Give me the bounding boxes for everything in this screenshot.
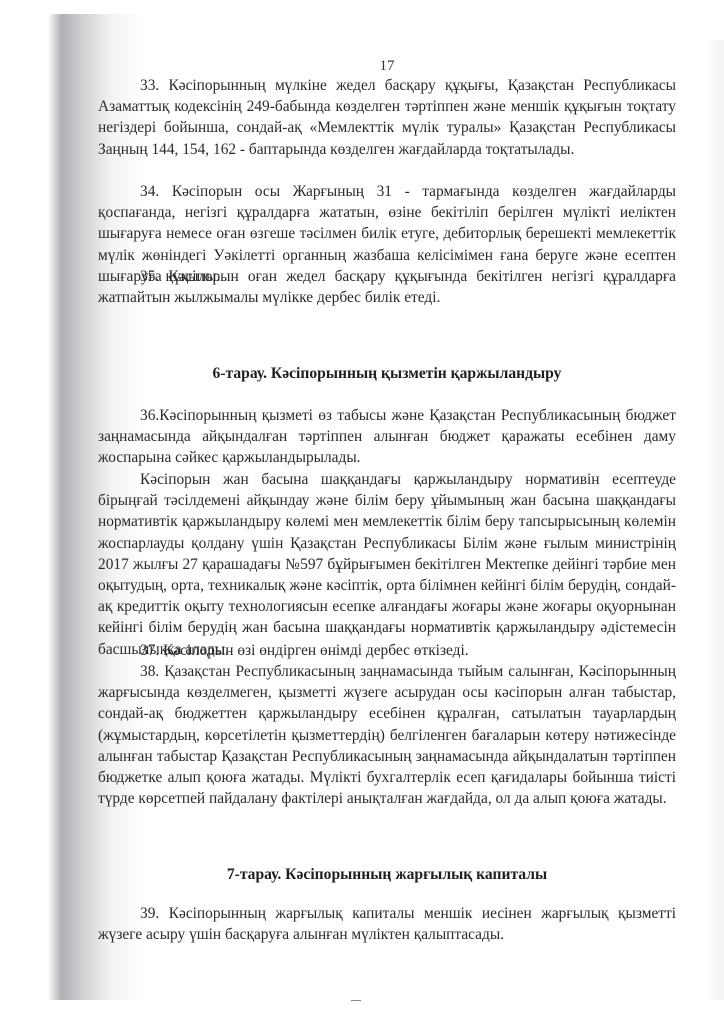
- section-7-heading: 7-тарау. Кәсіпорынның жарғылық капиталы: [98, 866, 676, 884]
- paragraph-36: 36.Кәсіпорынның қызметі өз табысы және Қ…: [98, 405, 676, 469]
- paragraph-36-continued: Кәсіпорын жан басына шаққандағы қаржылан…: [98, 469, 676, 660]
- page-footer-mark: [351, 1000, 361, 1001]
- scan-edge-shade: [704, 40, 724, 1000]
- paragraph-35: 35. Кәсіпорын оған жедел басқару құқығын…: [98, 266, 676, 308]
- paragraph-38: 38. Қазақстан Республикасының заңнамасын…: [98, 661, 676, 809]
- paragraph-37: 37. Кәсіпорын өзі өндірген өнімді дербес…: [98, 640, 676, 661]
- paragraph-33: 33. Кәсіпорынның мүлкіне жедел басқару қ…: [98, 75, 676, 160]
- page-number: 17: [98, 58, 676, 75]
- section-6-heading: 6-тарау. Кәсіпорынның қызметін қаржыланд…: [98, 365, 676, 383]
- paragraph-39: 39. Кәсіпорынның жарғылық капиталы менші…: [98, 903, 676, 945]
